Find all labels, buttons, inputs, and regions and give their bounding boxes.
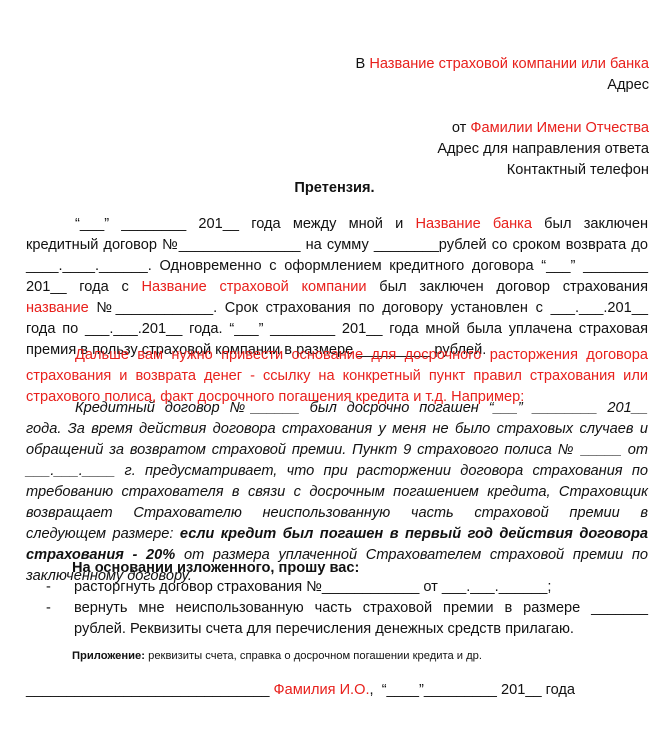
- attachment-note: Приложение: реквизиты счета, справка о д…: [72, 648, 482, 664]
- contact-phone: Контактный телефон: [356, 160, 649, 181]
- addressee-line: В Название страховой компании или банка: [356, 54, 649, 75]
- list-dash: -: [46, 577, 51, 598]
- attachment-label: Приложение:: [72, 650, 145, 662]
- list-dash: -: [46, 598, 51, 619]
- reply-address: Адрес для направления ответа: [356, 139, 649, 160]
- addressee-name: Название страховой компании или банка: [369, 56, 649, 72]
- insurance-contract-name: название: [26, 300, 89, 316]
- signer-name: Фамилия И.О.: [274, 682, 370, 698]
- addressee-address: Адрес: [356, 75, 649, 96]
- sender-line: от Фамилии Имени Отчества: [356, 118, 649, 139]
- request-list: - расторгнуть договор страхования №_____…: [26, 577, 648, 640]
- addressee-block: В Название страховой компании или банка …: [356, 54, 649, 181]
- refund-condition: если кредит был погашен в первый год дей…: [180, 526, 648, 542]
- request-item: - вернуть мне неиспользованную часть стр…: [26, 598, 648, 640]
- sender-name: Фамилии Имени Отчества: [470, 120, 649, 136]
- insurance-company-name: Название страховой компании: [142, 279, 367, 295]
- paragraph-contracts: “___” ________ 201__ года между мной и Н…: [26, 214, 648, 361]
- signature-line: ______________________________ Фамилия И…: [26, 680, 575, 701]
- request-heading: На основании изложенного, прошу вас:: [72, 558, 359, 579]
- document-title: Претензия.: [0, 180, 669, 196]
- request-item: - расторгнуть договор страхования №_____…: [26, 577, 648, 598]
- bank-name: Название банка: [416, 216, 532, 232]
